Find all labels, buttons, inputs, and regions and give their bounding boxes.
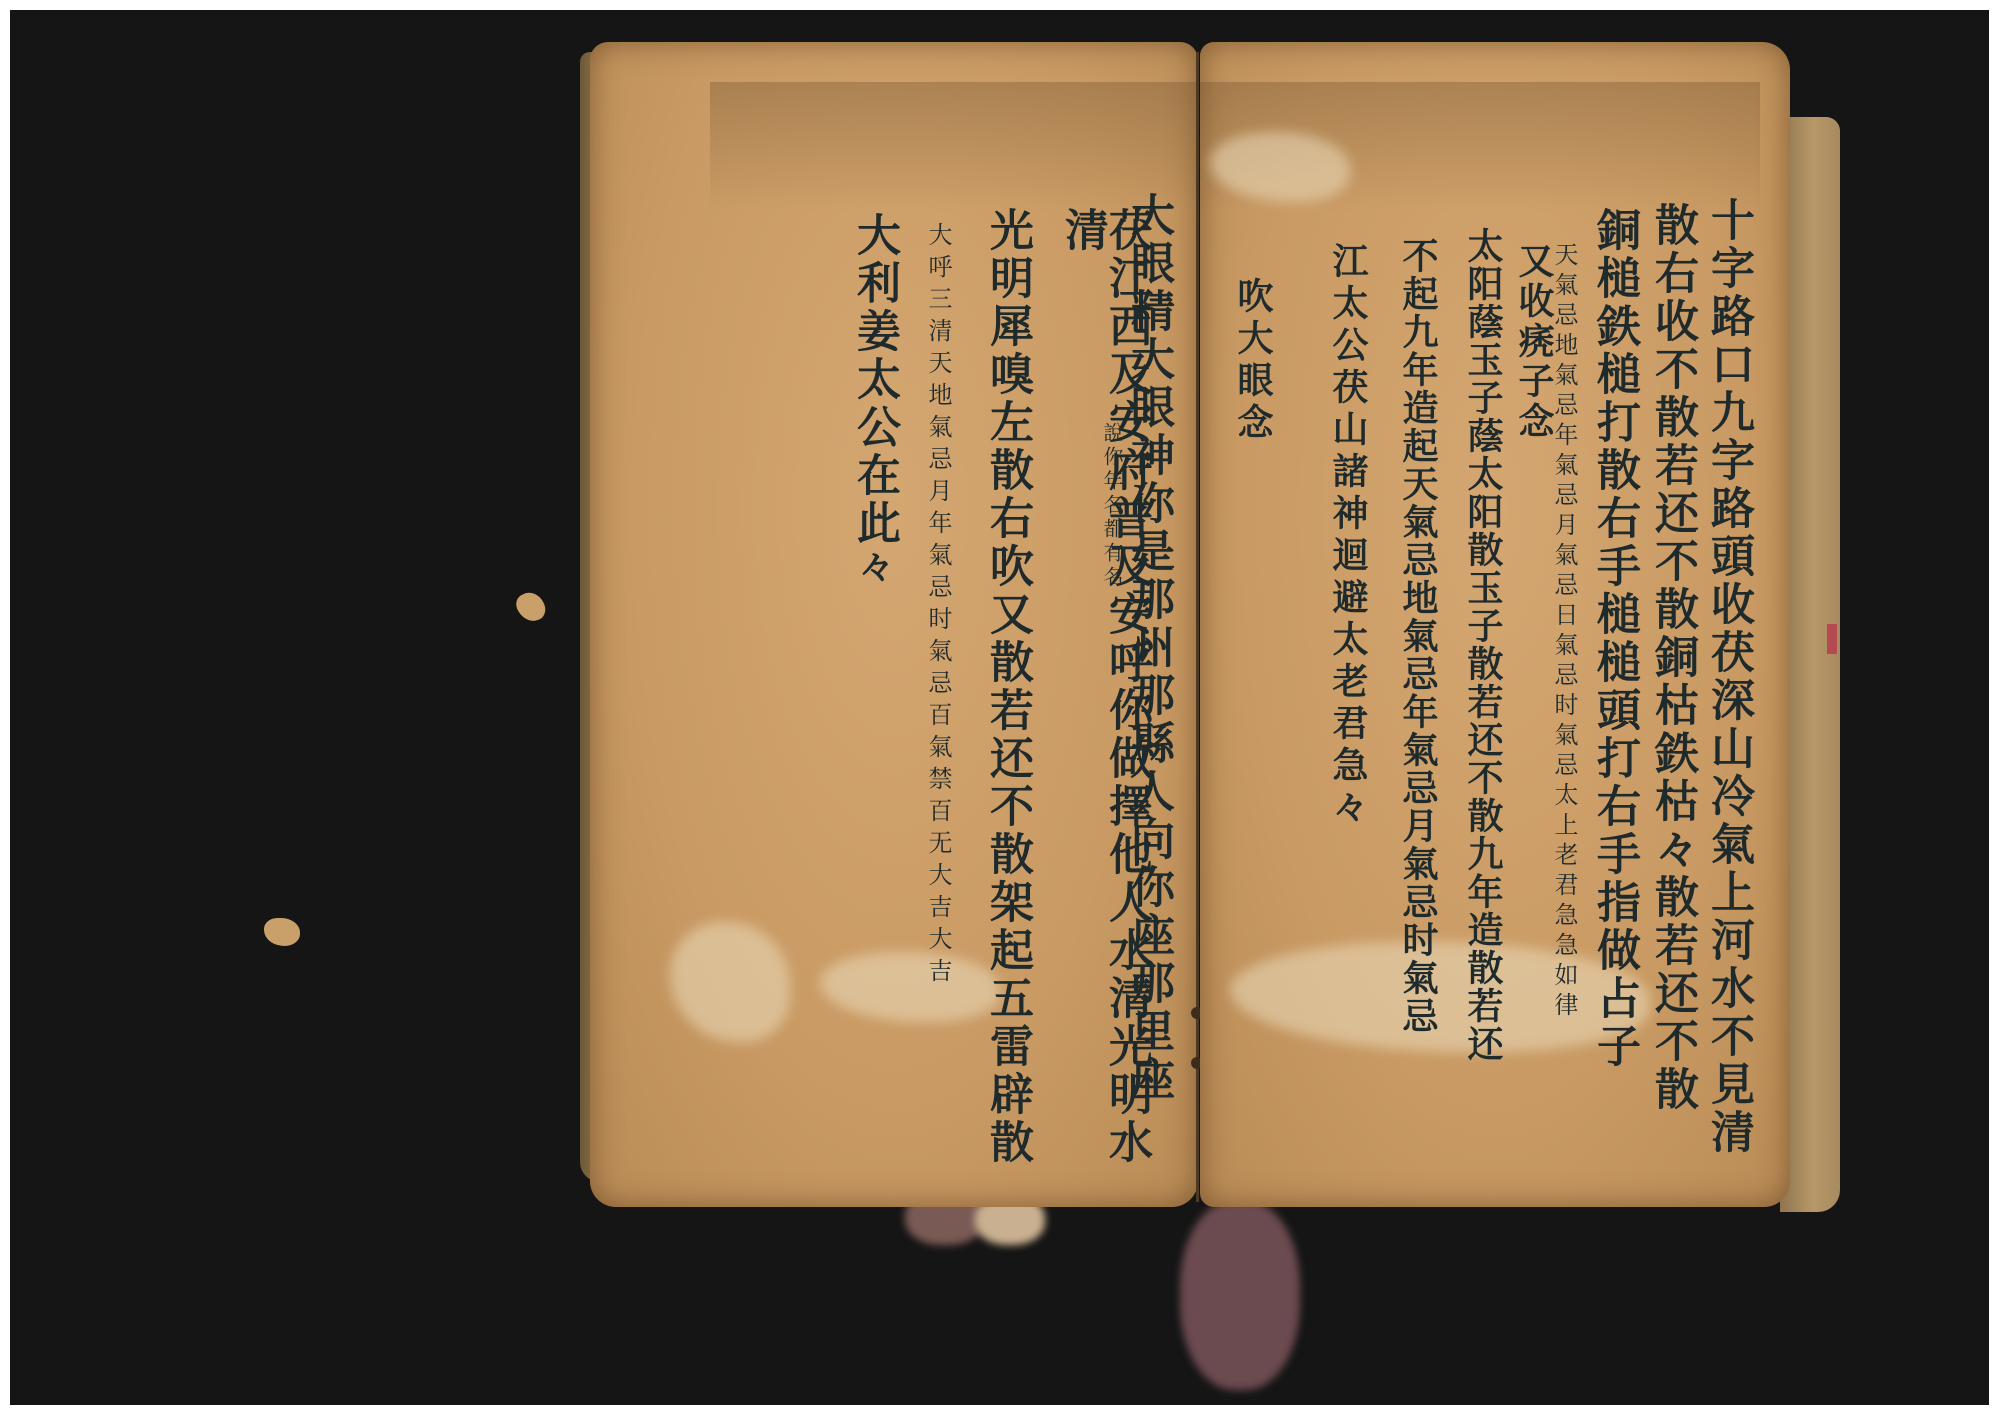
water-damage [820,952,1000,1022]
text-column: 光明犀嗅左散右吹又散若还不散架起五雷辟散 [985,207,1029,1167]
text-column: 十字路口九字路頭收茯深山冷氣上河水不見清 [1706,197,1750,1157]
red-tab [1827,624,1837,654]
water-damage [670,922,790,1042]
heading-column: 又收痜子念 [1516,242,1552,442]
left-page: 大眼精大眼神你是那州那縣人向你座那里座 說你年名都有名 茯江西及安府普及安呼你做… [590,42,1198,1207]
text-column: 銅槌鉄槌打散右手槌槌頭打右手指做占子 [1592,207,1636,1071]
book-spine [1196,52,1199,1202]
text-column: 大利姜太公在此々 [852,212,896,588]
right-page: 十字路口九字路頭收茯深山冷氣上河水不見清 散右收不散若还不散銅枯鉄枯々散若还不散… [1200,42,1790,1207]
text-column: 天氣忌地氣忌年氣忌月氣忌日氣忌时氣忌太上老君急急如律 [1552,242,1576,1022]
open-manuscript: 大眼精大眼神你是那州那縣人向你座那里座 說你年名都有名 茯江西及安府普及安呼你做… [590,42,1860,1212]
text-column: 茯江西及安府普及安呼你做擇他人水清光明水清 [1060,207,1148,1207]
text-column: 太阳蔭玉子蔭太阳散玉子散若还不散九年造散若还 [1465,227,1501,1063]
finger [1180,1200,1300,1390]
text-column: 散右收不散若还不散銅枯鉄枯々散若还不散 [1650,202,1694,1114]
text-column: 江太公茯山諸神迴避太老君急々 [1330,242,1366,830]
water-damage [1230,942,1650,1052]
text-column: 不起九年造起天氣忌地氣忌年氣忌月氣忌时氣忌 [1400,237,1436,1035]
text-column: 大呼三清天地氣忌月年氣忌时氣忌百氣禁百无大吉大吉 [926,222,950,990]
heading-column: 吹大眼念 [1235,277,1271,445]
